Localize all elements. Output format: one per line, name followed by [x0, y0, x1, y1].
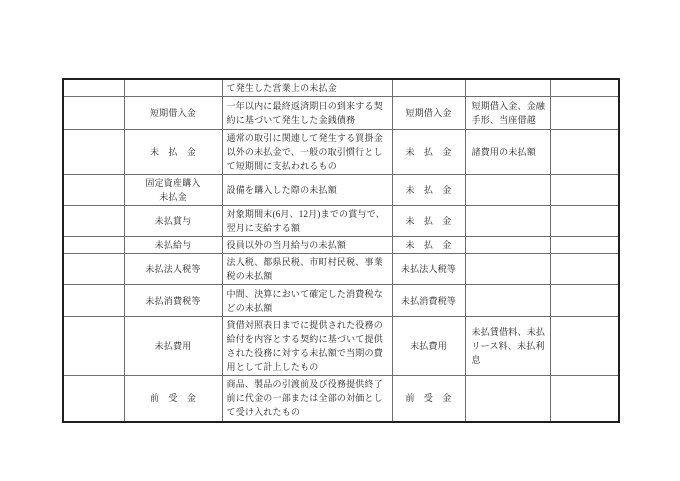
left-margin-cell: [63, 237, 124, 254]
account-title-cell: 未 払 金: [392, 130, 465, 175]
right-margin-cell: [550, 206, 619, 237]
description-cell: て発生した営業上の未払金: [222, 79, 392, 97]
examples-cell: 短期借入金、金融手形、当座借越: [465, 97, 550, 130]
description-cell: 中間、決算において確定した消費税などの未払額: [222, 285, 392, 317]
table-row: 未払賞与 対象期間末(6月、12月)までの賞与で、翌月に支給する額 未 払 金: [63, 206, 619, 237]
description-cell: 対象期間末(6月、12月)までの賞与で、翌月に支給する額: [222, 206, 392, 237]
account-title-cell: 未 払 金: [392, 237, 465, 254]
account-title-cell: [392, 79, 465, 97]
right-margin-cell: [550, 376, 619, 422]
table-row: 未 払 金 通常の取引に関連して発生する買掛金以外の未払金で、一般の取引慣行とし…: [63, 130, 619, 175]
right-margin-cell: [550, 237, 619, 254]
right-margin-cell: [550, 130, 619, 175]
examples-cell: 未払賃借料、未払リース料、未払利息: [465, 317, 550, 376]
right-margin-cell: [550, 79, 619, 97]
left-margin-cell: [63, 285, 124, 317]
description-cell: 貸借対照表日までに提供された役務の給付を内容とする契約に基づいて提供された役務に…: [222, 317, 392, 376]
item-name-cell: [124, 79, 222, 97]
item-name-cell: 短期借入金: [124, 97, 222, 130]
right-margin-cell: [550, 254, 619, 285]
document-page: て発生した営業上の未払金 短期借入金 一年以内に最終返済期日の到来する契約に基づ…: [0, 0, 680, 481]
right-margin-cell: [550, 97, 619, 130]
table-row: 前 受 金 商品、製品の引渡前及び役務提供終了前に代金の一部または全部の対価とし…: [63, 376, 619, 422]
description-cell: 役員以外の当月給与の未払額: [222, 237, 392, 254]
left-margin-cell: [63, 206, 124, 237]
table-row: 固定資産購入 未払金 設備を購入した際の未払額 未 払 金: [63, 175, 619, 206]
item-name-cell: 未払賞与: [124, 206, 222, 237]
examples-cell: [465, 79, 550, 97]
item-name-cell: 未払法人税等: [124, 254, 222, 285]
table-row: て発生した営業上の未払金: [63, 79, 619, 97]
account-title-cell: 短期借入金: [392, 97, 465, 130]
item-name-cell: 前 受 金: [124, 376, 222, 422]
table-row: 未払給与 役員以外の当月給与の未払額 未 払 金: [63, 237, 619, 254]
account-title-cell: 前 受 金: [392, 376, 465, 422]
left-margin-cell: [63, 130, 124, 175]
examples-cell: [465, 206, 550, 237]
description-cell: 法人税、都県民税、市町村民税、事業税の未払額: [222, 254, 392, 285]
description-cell: 設備を購入した際の未払額: [222, 175, 392, 206]
left-margin-cell: [63, 79, 124, 97]
item-name-cell: 未 払 金: [124, 130, 222, 175]
accounts-payable-table: て発生した営業上の未払金 短期借入金 一年以内に最終返済期日の到来する契約に基づ…: [62, 78, 620, 423]
description-cell: 一年以内に最終返済期日の到来する契約に基づいて発生した金銭債務: [222, 97, 392, 130]
item-name-cell: 未払給与: [124, 237, 222, 254]
examples-cell: [465, 285, 550, 317]
table-row: 未払費用 貸借対照表日までに提供された役務の給付を内容とする契約に基づいて提供さ…: [63, 317, 619, 376]
right-margin-cell: [550, 175, 619, 206]
left-margin-cell: [63, 376, 124, 422]
examples-cell: [465, 175, 550, 206]
account-title-cell: 未払消費税等: [392, 285, 465, 317]
left-margin-cell: [63, 317, 124, 376]
table-row: 未払消費税等 中間、決算において確定した消費税などの未払額 未払消費税等: [63, 285, 619, 317]
examples-cell: [465, 376, 550, 422]
table-row: 未払法人税等 法人税、都県民税、市町村民税、事業税の未払額 未払法人税等: [63, 254, 619, 285]
left-margin-cell: [63, 97, 124, 130]
account-title-cell: 未 払 金: [392, 206, 465, 237]
right-margin-cell: [550, 285, 619, 317]
left-margin-cell: [63, 254, 124, 285]
account-title-cell: 未払法人税等: [392, 254, 465, 285]
examples-cell: [465, 254, 550, 285]
item-name-cell: 固定資産購入 未払金: [124, 175, 222, 206]
account-title-cell: 未 払 金: [392, 175, 465, 206]
account-title-cell: 未払費用: [392, 317, 465, 376]
examples-cell: 諸費用の未払額: [465, 130, 550, 175]
item-name-cell: 未払消費税等: [124, 285, 222, 317]
item-name-cell: 未払費用: [124, 317, 222, 376]
examples-cell: [465, 237, 550, 254]
right-margin-cell: [550, 317, 619, 376]
description-cell: 通常の取引に関連して発生する買掛金以外の未払金で、一般の取引慣行として短期間に支…: [222, 130, 392, 175]
left-margin-cell: [63, 175, 124, 206]
table-row: 短期借入金 一年以内に最終返済期日の到来する契約に基づいて発生した金銭債務 短期…: [63, 97, 619, 130]
description-cell: 商品、製品の引渡前及び役務提供終了前に代金の一部または全部の対価として受け入れた…: [222, 376, 392, 422]
